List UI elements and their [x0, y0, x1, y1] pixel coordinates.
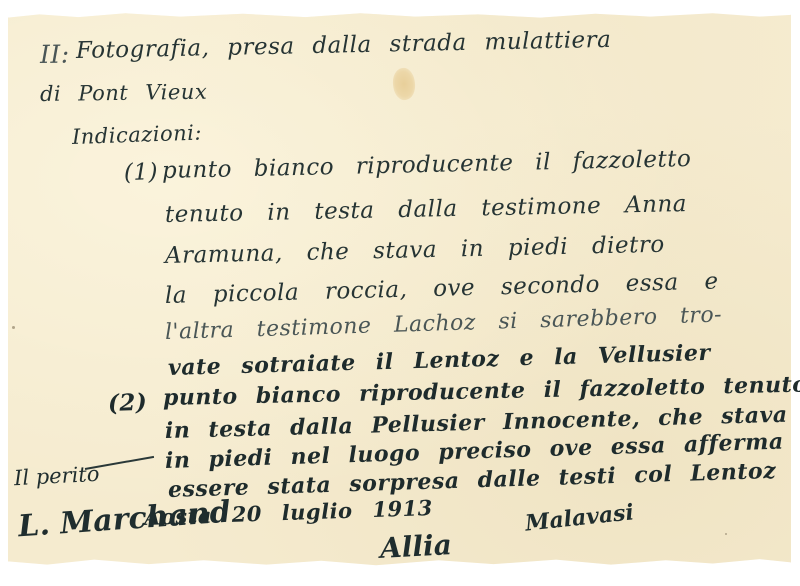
paper-speck — [725, 533, 727, 535]
signature-center: Allia — [379, 528, 452, 565]
heading-line2: di Pont Vieux — [40, 80, 208, 106]
paper-speck — [12, 326, 15, 329]
margin-note: Il perito — [13, 462, 100, 490]
item-1-marker: (1) — [124, 159, 159, 186]
intro-label: Indicazioni: — [72, 120, 203, 149]
item-2-marker: (2) — [108, 389, 148, 417]
heading-numeral: II: — [40, 39, 70, 69]
